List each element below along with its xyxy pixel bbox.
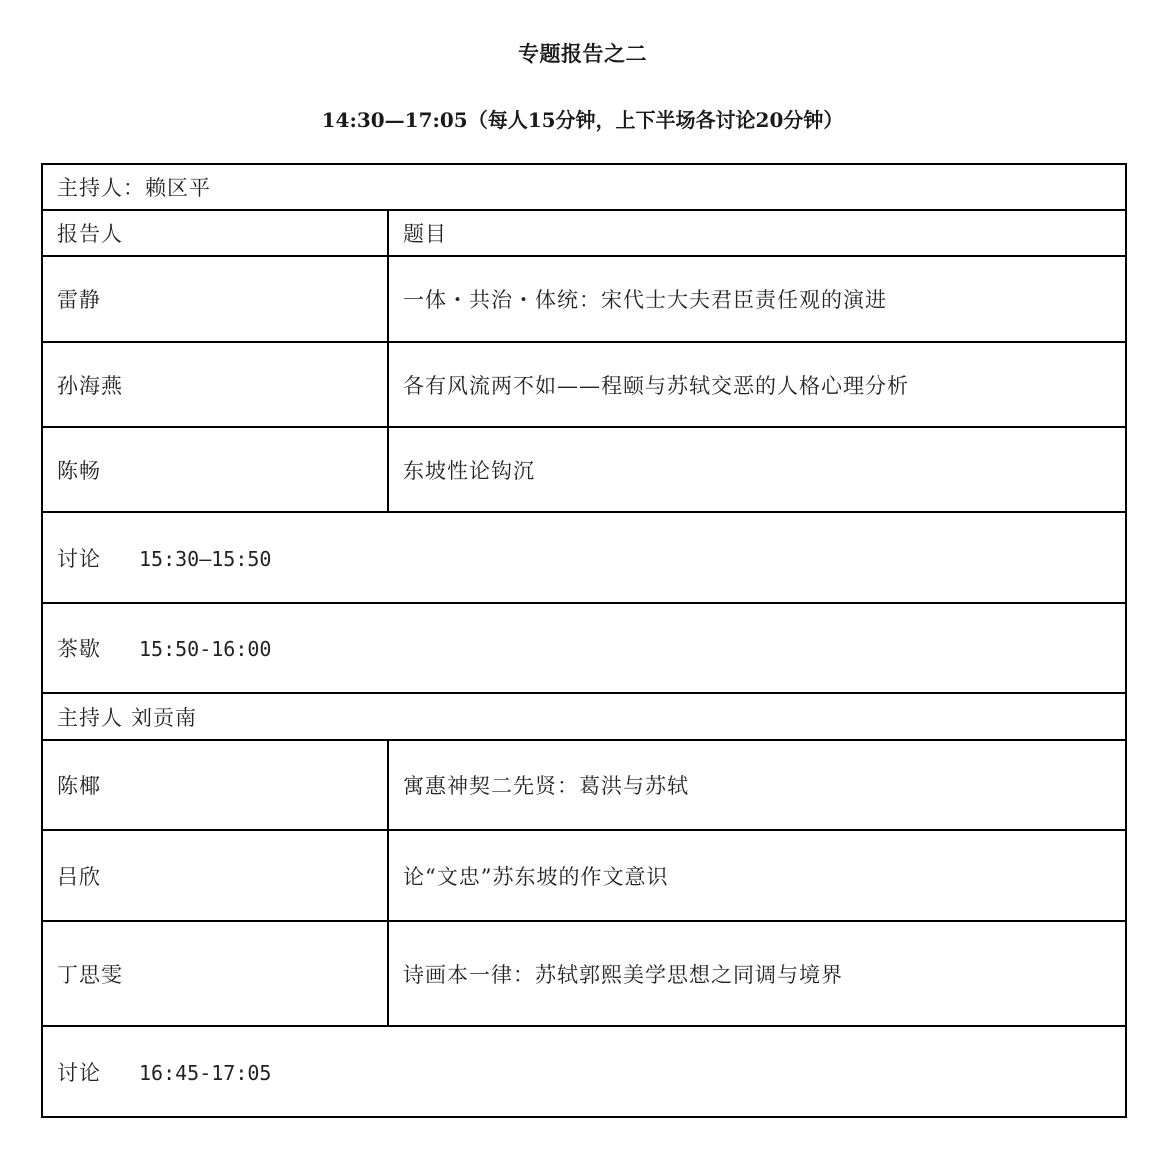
topic-cell: 诗画本一律：苏轼郭熙美学思想之同调与境界 (388, 921, 1126, 1026)
table-row: 丁思雯 诗画本一律：苏轼郭熙美学思想之同调与境界 (42, 921, 1126, 1026)
topic-cell: 东坡性论钩沉 (388, 427, 1126, 512)
speaker-cell: 陈畅 (42, 427, 388, 512)
discussion-cell: 讨论16:45-17:05 (42, 1026, 1126, 1117)
discussion-label: 讨论 (57, 547, 101, 571)
speaker-cell: 陈椰 (42, 740, 388, 830)
speaker-cell: 吕欣 (42, 830, 388, 921)
table-row: 孙海燕 各有风流两不如——程颐与苏轼交恶的人格心理分析 (42, 342, 1126, 427)
speaker-cell: 丁思雯 (42, 921, 388, 1026)
topic-cell: 论“文忠”苏东坡的作文意识 (388, 830, 1126, 921)
document-subtitle: 14:30—17:05（每人15分钟，上下半场各讨论20分钟） (0, 104, 1165, 133)
table-row: 吕欣 论“文忠”苏东坡的作文意识 (42, 830, 1126, 921)
break-cell: 茶歇15:50-16:00 (42, 603, 1126, 693)
table-row: 陈畅 东坡性论钩沉 (42, 427, 1126, 512)
host-row-2: 主持人刘贡南 (42, 693, 1126, 740)
host-cell: 主持人：赖区平 (42, 164, 1126, 210)
speaker-cell: 雷静 (42, 256, 388, 342)
document-title: 专题报告之二 (0, 38, 1165, 68)
table-row: 陈椰 寓惠神契二先贤：葛洪与苏轼 (42, 740, 1126, 830)
host-name: 赖区平 (145, 176, 211, 200)
discussion-cell: 讨论15:30—15:50 (42, 512, 1126, 603)
host-cell: 主持人刘贡南 (42, 693, 1126, 740)
header-speaker: 报告人 (42, 210, 388, 256)
host-name: 刘贡南 (131, 706, 197, 730)
schedule-table: 主持人：赖区平 报告人 题目 雷静 一体・共治・体统：宋代士大夫君臣责任观的演进… (41, 163, 1127, 1118)
discussion-label: 讨论 (57, 1061, 101, 1085)
header-row: 报告人 题目 (42, 210, 1126, 256)
topic-cell: 寓惠神契二先贤：葛洪与苏轼 (388, 740, 1126, 830)
speaker-cell: 孙海燕 (42, 342, 388, 427)
topic-cell: 各有风流两不如——程颐与苏轼交恶的人格心理分析 (388, 342, 1126, 427)
break-label: 茶歇 (57, 637, 101, 661)
host-row-1: 主持人：赖区平 (42, 164, 1126, 210)
header-topic: 题目 (388, 210, 1126, 256)
break-time: 15:50-16:00 (139, 637, 271, 661)
discussion-time: 15:30—15:50 (139, 547, 271, 571)
table-row: 雷静 一体・共治・体统：宋代士大夫君臣责任观的演进 (42, 256, 1126, 342)
break-row: 茶歇15:50-16:00 (42, 603, 1126, 693)
host-label: 主持人 (57, 706, 123, 730)
host-label: 主持人： (57, 176, 145, 200)
discussion-row-2: 讨论16:45-17:05 (42, 1026, 1126, 1117)
topic-cell: 一体・共治・体统：宋代士大夫君臣责任观的演进 (388, 256, 1126, 342)
discussion-row-1: 讨论15:30—15:50 (42, 512, 1126, 603)
discussion-time: 16:45-17:05 (139, 1061, 271, 1085)
